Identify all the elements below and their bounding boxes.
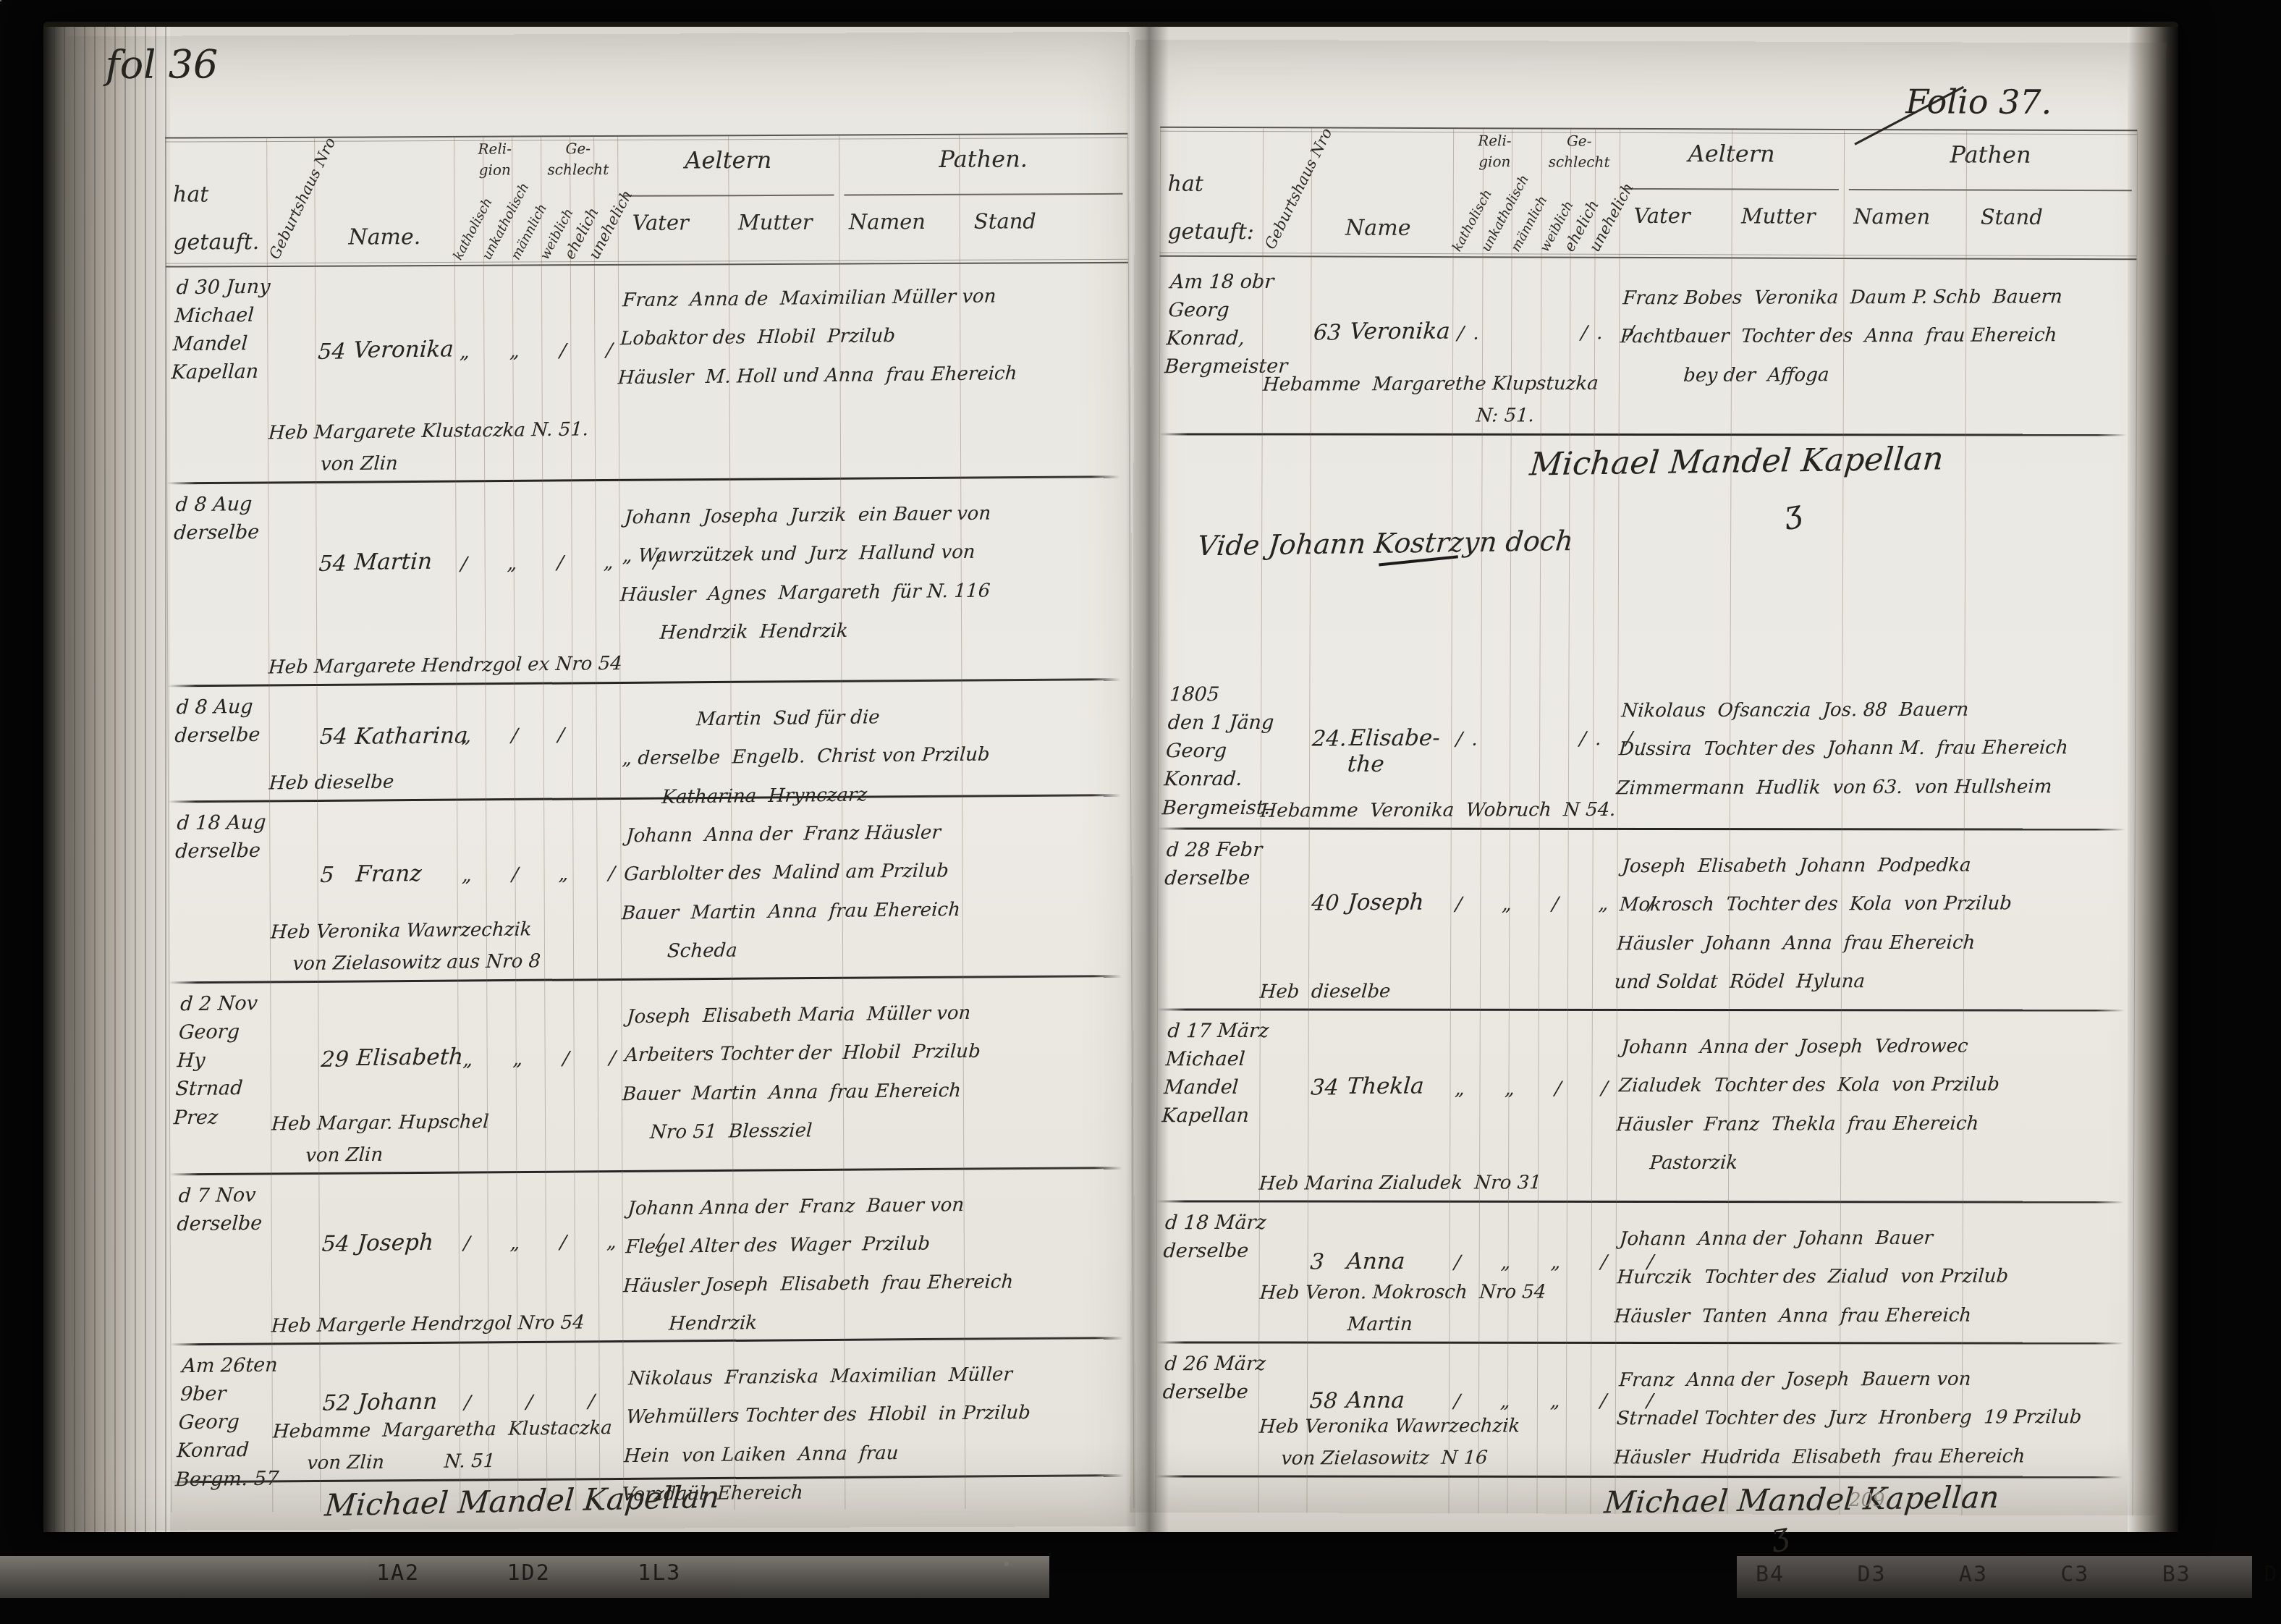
register-table-right: hat getauft: Geburtshaus Nro Name Reli- … (1155, 127, 2137, 1516)
entry-date: d 28 Febr derselbe (1164, 836, 1304, 893)
entry-right: Johann Anna der Joseph Vedrowec Zialudek… (1612, 1027, 2136, 1183)
film-edge-strip-right: B4 D3 A3 C3 B3 D2 (1737, 1556, 2252, 1598)
entry-right: Johann Josepha Jurzik ein Bauer von „ Wa… (617, 493, 1131, 653)
entry-note: Hebamme Veronika Wobruch N 54. (1259, 792, 1994, 827)
entry-date: d 7 Nov derselbe (176, 1180, 314, 1238)
entry-haus: 34 (1311, 1075, 1351, 1100)
register-page-left: fol 36 hat getauft. Geburtshaus Nro Name… (66, 32, 1136, 1531)
signature-paraph-flourish: ʒ (1768, 1515, 1791, 1553)
register-entry-row: 1805 den 1 Jäng Georg Konrad. Bergmeist.… (1158, 673, 2136, 832)
entry-name: Joseph (357, 1229, 474, 1256)
entry-right: Franz Anna de Maximilian Müller von Loba… (617, 276, 1129, 397)
register-entry-row: d 26 März derselbe58Anna∕ „ „ ∕ ∕Franz A… (1156, 1342, 2133, 1480)
film-frame-codes-right: B4 D3 A3 C3 B3 D2 (1756, 1562, 2281, 1587)
entry-note: Heb Veronika Wawrzechzik von Zielasowitz… (1256, 1408, 1993, 1475)
table-header-left: hat getauft. Geburtshaus Nro Name. Reli-… (165, 133, 1128, 268)
header-date-column-label: hat getauft. (173, 171, 259, 267)
entry-note: Heb Margarete Hendrzgol ex Nro 54 (267, 643, 991, 684)
header-sex-group-label: Ge- schlecht (1539, 130, 1620, 172)
chaplain-signature-right: Michael Mandel Kapellan (1603, 1479, 2001, 1521)
entry-haus: 29 (321, 1046, 360, 1073)
register-entry-row: d 8 Aug derselbe54Katharina„ ∕ ∕ Martin … (167, 682, 1130, 802)
entry-name: Veronika (1349, 318, 1468, 345)
row-separator-ink-line (1156, 1475, 2123, 1478)
register-entry-row: d 18 März derselbe3Anna∕ „ „ ∕ ∕Johann A… (1156, 1201, 2133, 1346)
entry-date: d 26 März derselbe (1161, 1350, 1302, 1407)
register-entry-row: d 28 Febr derselbe40Joseph∕ „ ∕ „ ∕Josep… (1157, 829, 2135, 1013)
entry-haus: 63 (1313, 320, 1353, 345)
entry-name: Thekla (1347, 1073, 1465, 1100)
entry-haus: 3 (1310, 1250, 1350, 1275)
entry-haus: 40 (1311, 890, 1352, 915)
entry-note: Heb Marina Zialudek Nro 31 (1258, 1165, 1993, 1200)
entries-area-right: Michael Mandel Kapellan ʒ Vide Johann Ko… (1156, 261, 2137, 1480)
header-godparent-names-label: Namen (1853, 204, 1930, 229)
register-entry-row: d 2 Nov Georg Hy Strnad Prez29Elisabeth„… (169, 978, 1132, 1175)
entry-name: Johann (357, 1388, 475, 1416)
register-entry-row: d 30 Juny Michael Mandel Kapellan54Veron… (166, 262, 1129, 483)
register-entry-row: d 17 März Michael Mandel Kapellan34Thekl… (1156, 1010, 2134, 1205)
header-father-label: Vater (632, 211, 689, 235)
entries-area-left: d 30 Juny Michael Mandel Kapellan54Veron… (166, 262, 1133, 1482)
header-godparents-group-label: Pathen (1844, 140, 2137, 169)
register-entry-row: Am 26ten 9ber Georg Konrad Bergm. 5752Jo… (170, 1340, 1133, 1482)
header-father-label: Vater (1633, 203, 1690, 228)
header-top-rule (1160, 127, 2137, 132)
entry-date: d 30 Juny Michael Mandel Kapellan (170, 272, 311, 387)
entry-haus: 5 (320, 862, 360, 888)
microfilm-scan: fol 36 hat getauft. Geburtshaus Nro Name… (0, 0, 2281, 1624)
entry-date: d 17 März Michael Mandel Kapellan (1161, 1017, 1305, 1130)
entry-date: Am 18 obr Georg Konrad, Bergmeister (1164, 268, 1308, 381)
entry-note: Hebamme Margarethe Klupstuzka N: 51. (1259, 366, 1997, 433)
folio-label-right: Folio 37. (1905, 82, 2052, 122)
table-header-right: hat getauft: Geburtshaus Nro Name Reli- … (1160, 127, 2138, 261)
entry-haus: 54 (319, 724, 359, 750)
entry-note: Heb Margarete Klustaczka N. 51. von Zlin (266, 409, 991, 481)
register-book-spread: fol 36 hat getauft. Geburtshaus Nro Name… (43, 22, 2178, 1532)
header-top-rule-2 (1160, 131, 2137, 135)
header-name-column-label: Name (1345, 215, 1410, 240)
entry-name: Martin (354, 549, 471, 576)
entry-name: Elisabe- the (1347, 725, 1468, 778)
header-godparents-group-label: Pathen. (839, 145, 1127, 174)
entry-note: Heb Veron. Mokrosch Nro 54 Martin (1256, 1274, 1994, 1341)
entry-name: Veronika (353, 336, 470, 363)
entry-haus: 54 (321, 1231, 361, 1257)
entry-note: Heb Veronika Wawrzechzik von Zielasowitz… (268, 908, 994, 981)
header-religion-group-label: Reli- gion (1448, 130, 1541, 172)
register-entry-row: Am 18 obr Georg Konrad, Bergmeister63Ver… (1159, 261, 2137, 438)
entry-note: Heb dieselbe (1258, 973, 1994, 1008)
entry-date: d 8 Aug derselbe (174, 692, 312, 750)
header-housenumber-column-label: Geburtshaus Nro (1261, 125, 1336, 252)
register-page-right: Folio 37. hat getauft: Geburtshaus Nro N… (1130, 40, 2166, 1516)
entry-haus: 52 (322, 1390, 362, 1416)
entry-haus: 58 (1309, 1388, 1350, 1413)
register-entry-row: d 18 Aug derselbe5Franz„ ∕ „ ∕Johann Ann… (168, 798, 1131, 983)
entry-name: Anna (1345, 1387, 1464, 1414)
entry-haus: 24. (1311, 726, 1352, 751)
godparents-group-underline (1849, 189, 2133, 191)
entry-date: d 8 Aug derselbe (173, 489, 311, 547)
entry-name: Anna (1346, 1248, 1465, 1275)
film-edge-strip-left: 1A2 1D2 1L3 (0, 1556, 1049, 1598)
entry-name: Katharina (355, 722, 472, 750)
header-mother-label: Mutter (1741, 204, 1816, 229)
register-gap-row (1159, 434, 2136, 677)
dust-specks (0, 0, 1, 1)
register-entry-row: d 8 Aug derselbe54Martin∕ „ ∕ „ ∕Johann … (166, 479, 1130, 686)
entry-note: Heb Margar. Hupschel von Zlin (268, 1100, 994, 1172)
register-entry-row: d 7 Nov derselbe54Joseph∕ „ ∕ „ ∕Johann … (169, 1170, 1133, 1345)
entry-date: d 18 März derselbe (1162, 1209, 1303, 1266)
register-table-left: hat getauft. Geburtshaus Nro Name. Reli-… (165, 133, 1133, 1513)
header-sex-group-label: Ge- schlecht (538, 138, 617, 179)
entry-name: Joseph (1347, 889, 1465, 915)
header-godparent-status-label: Stand (1981, 205, 2043, 229)
entry-date: d 18 Aug derselbe (174, 808, 313, 866)
folio-label-left: fol 36 (106, 41, 219, 88)
godparents-group-underline (844, 193, 1123, 196)
header-godparent-status-label: Stand (974, 209, 1036, 234)
entry-haus: 54 (318, 551, 358, 577)
pencil-page-number: 209 (1849, 1489, 1885, 1511)
entry-note: Hebamme Margaretha Klustaczka von Zlin N… (270, 1408, 996, 1480)
chaplain-signature-left: Michael Mandel Kapellan (323, 1479, 721, 1523)
header-mother-label: Mutter (738, 210, 813, 234)
header-religion-group-label: Reli- gion (449, 138, 541, 181)
header-name-column-label: Name. (348, 224, 420, 250)
entry-haus: 54 (317, 339, 357, 365)
header-housenumber-column-label: Geburtshaus Nro (266, 135, 339, 262)
header-top-rule-2 (165, 138, 1127, 143)
film-frame-codes-left: 1A2 1D2 1L3 (376, 1560, 681, 1586)
entry-right: Nikolaus Ofsanczia Jos. 88 Bauern Dussir… (1615, 690, 2136, 808)
header-date-column-label: hat getauft: (1167, 160, 1254, 255)
entry-name: Elisabeth (356, 1044, 473, 1072)
entry-name: Franz (355, 860, 473, 887)
header-godparent-names-label: Namen (849, 209, 926, 234)
